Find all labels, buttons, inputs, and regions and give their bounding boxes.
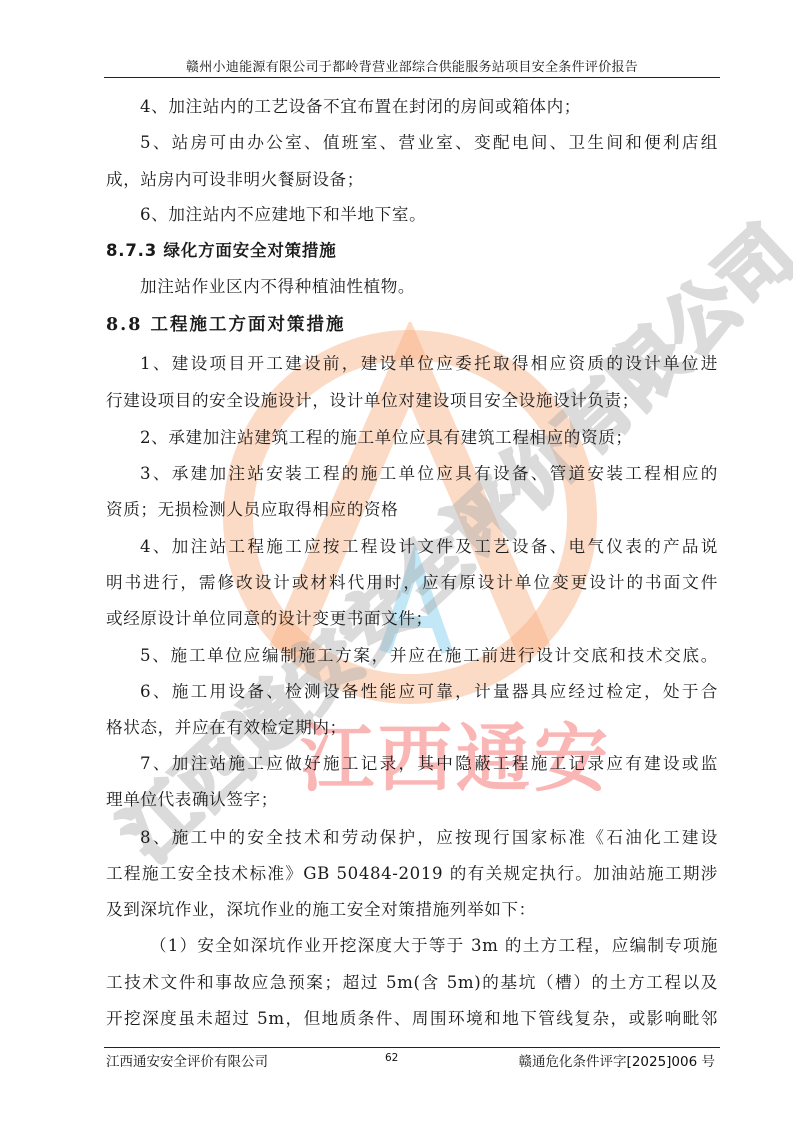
paragraph-line: 开挖深度虽未超过 5m，但地质条件、周围环境和地下管线复杂，或影响毗邻 bbox=[106, 1009, 718, 1029]
paragraph-line: 3、承建加注站安装工程的施工单位应具有设备、管道安装工程相应的 bbox=[106, 464, 718, 484]
paragraph-line: 7、加注站施工应做好施工记录，其中隐蔽工程施工记录应有建设或监 bbox=[106, 754, 718, 774]
paragraph-line: 工技术文件和事故应急预案；超过 5m(含 5m)的基坑（槽）的土方工程以及 bbox=[106, 973, 718, 993]
paragraph-line: 及到深坑作业，深坑作业的施工安全对策措施列举如下： bbox=[106, 900, 718, 920]
paragraph-line: 2、承建加注站建筑工程的施工单位应具有建筑工程相应的资质； bbox=[106, 428, 718, 448]
paragraph-line: 4、加注站工程施工应按工程设计文件及工艺设备、电气仪表的产品说 bbox=[106, 537, 718, 557]
paragraph-line: 理单位代表确认签字； bbox=[106, 790, 718, 810]
report-header-title: 赣州小迪能源有限公司于都岭背营业部综合供能服务站项目安全条件评价报告 bbox=[106, 56, 718, 75]
footer-divider bbox=[104, 1047, 720, 1048]
paragraph-line: 或经原设计单位同意的设计变更书面文件； bbox=[106, 609, 718, 629]
paragraph-line: 成，站房内可设非明火餐厨设备； bbox=[106, 170, 718, 190]
footer-document-number: 赣通危化条件评字[2025]006 号 bbox=[519, 1050, 715, 1070]
paragraph-line: 6、加注站内不应建地下和半地下室。 bbox=[106, 205, 718, 225]
document-page: 江西通安安全评价有限公司 江西通安 赣州小迪能源有限公司于都岭背营业部综合供能服… bbox=[0, 0, 793, 1122]
paragraph-line: 格状态，并应在有效检定期内； bbox=[106, 718, 718, 738]
page-number: 62 bbox=[385, 1052, 398, 1064]
paragraph-line: 4、加注站内的工艺设备不宜布置在封闭的房间或箱体内； bbox=[106, 97, 718, 117]
paragraph-line: 5、站房可由办公室、值班室、营业室、变配电间、卫生间和便利店组 bbox=[106, 133, 718, 153]
paragraph-line: 行建设项目的安全设施设计，设计单位对建设项目安全设施设计负责； bbox=[106, 391, 718, 411]
paragraph-line: 6、施工用设备、检测设备性能应可靠，计量器具应经过检定，处于合 bbox=[106, 682, 718, 702]
paragraph-line: 5、施工单位应编制施工方案，并应在施工前进行设计交底和技术交底。 bbox=[106, 646, 718, 666]
paragraph-line: 加注站作业区内不得种植油性植物。 bbox=[106, 277, 718, 297]
section-heading-8-7-3: 8.7.3 绿化方面安全对策措施 bbox=[106, 241, 718, 261]
paragraph-line: （1）安全如深坑作业开挖深度大于等于 3m 的土方工程，应编制专项施 bbox=[106, 936, 718, 956]
footer-company-name: 江西通安安全评价有限公司 bbox=[106, 1050, 268, 1070]
paragraph-line: 1、建设项目开工建设前，建设单位应委托取得相应资质的设计单位进 bbox=[106, 354, 718, 374]
header-divider bbox=[104, 77, 720, 78]
paragraph-line: 明书进行，需修改设计或材料代用时，应有原设计单位变更设计的书面文件 bbox=[106, 573, 718, 593]
paragraph-line: 工程施工安全技术标准》GB 50484-2019 的有关规定执行。加油站施工期涉 bbox=[106, 864, 718, 884]
paragraph-line: 资质；无损检测人员应取得相应的资格 bbox=[106, 500, 718, 520]
paragraph-line: 8、施工中的安全技术和劳动保护，应按现行国家标准《石油化工建设 bbox=[106, 828, 718, 848]
section-heading-8-8: 8.8 工程施工方面对策措施 bbox=[106, 315, 718, 335]
company-stamp-watermark: 江西通安安全评价有限公司 bbox=[95, 244, 766, 879]
